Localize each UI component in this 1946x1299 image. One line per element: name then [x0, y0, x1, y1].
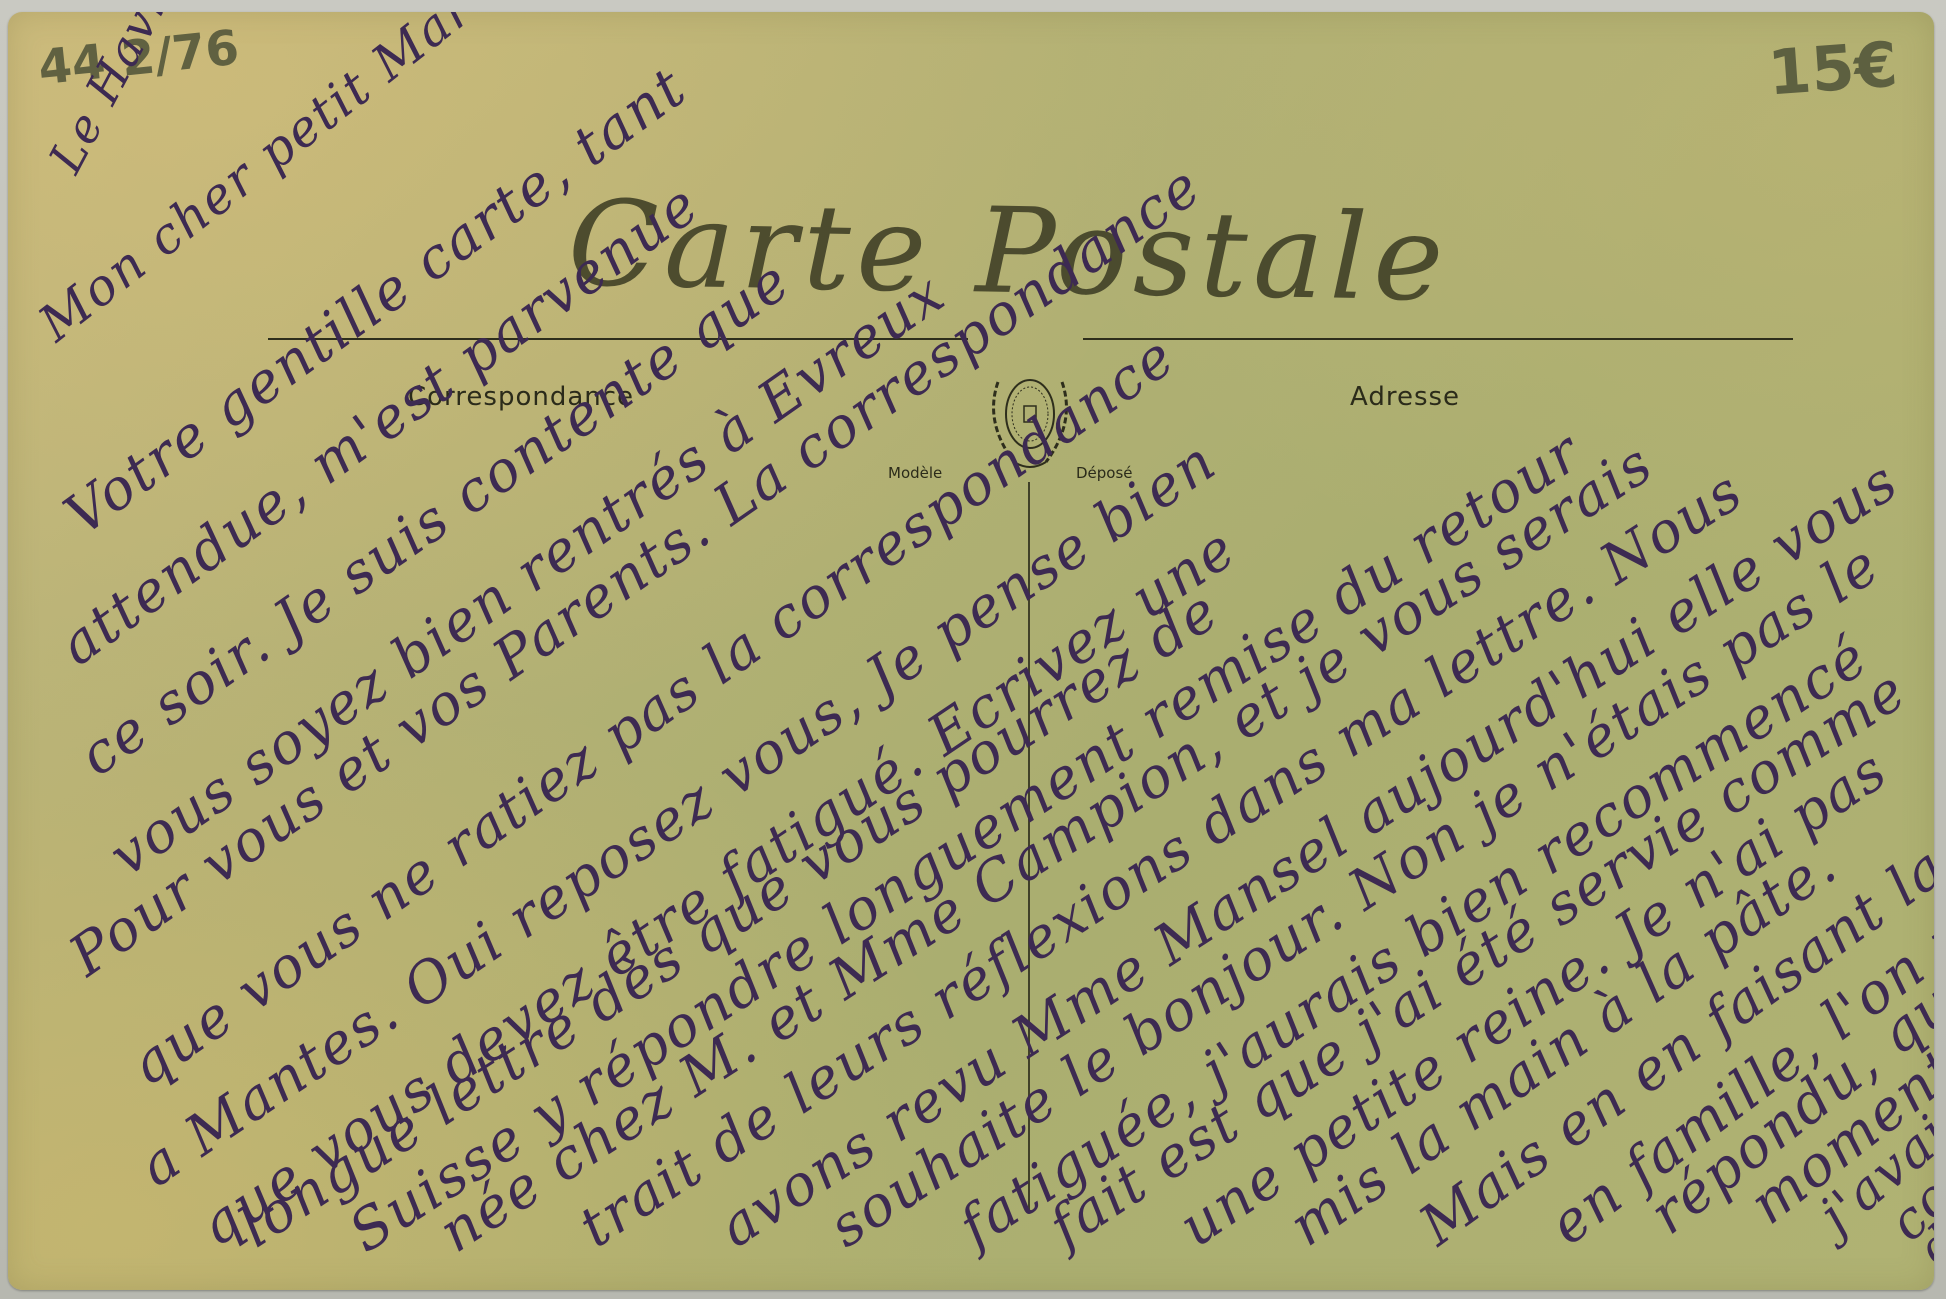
pencil-price: 15€ [1766, 28, 1900, 110]
adresse-label: Adresse [1350, 382, 1460, 412]
postcard: 44 2/76 15€ Carte Postale Correspondance… [8, 12, 1934, 1290]
divider-line-right [1083, 338, 1793, 340]
